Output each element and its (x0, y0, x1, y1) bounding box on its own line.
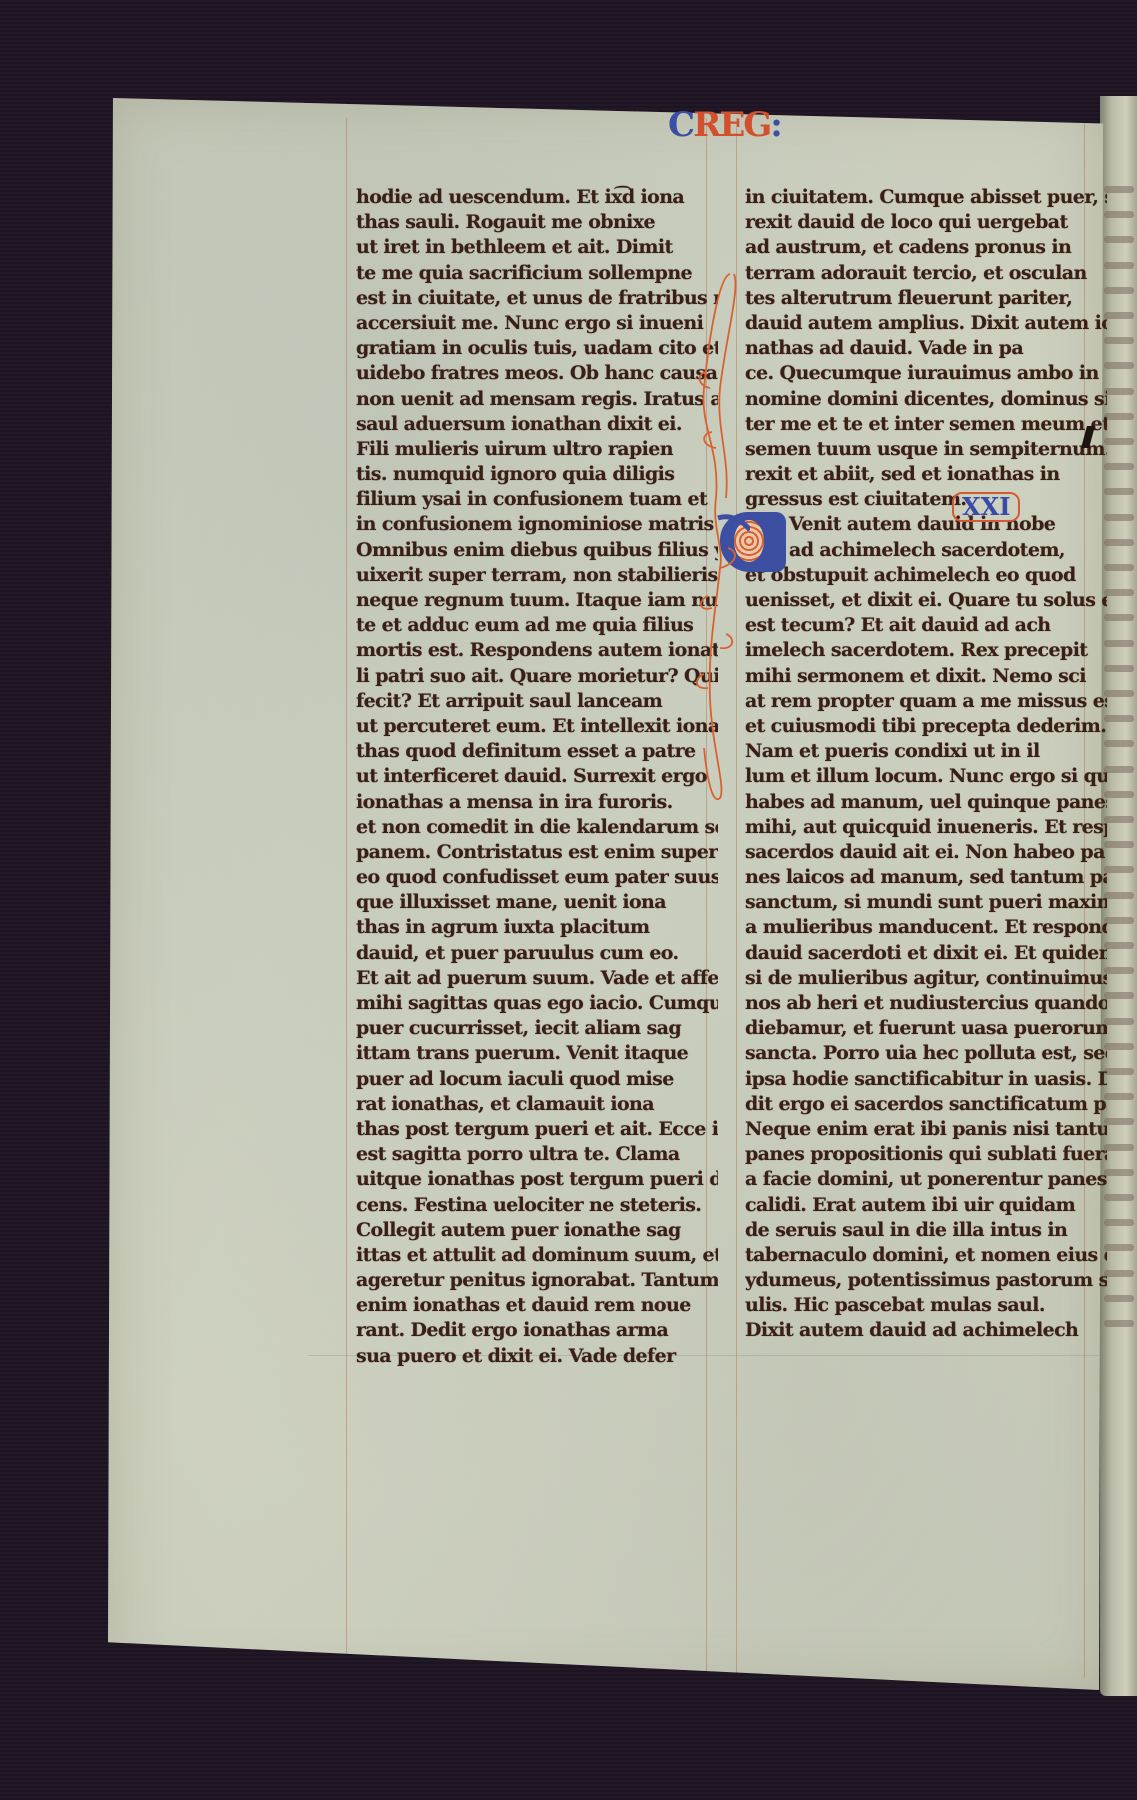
text-line: neque regnum tuum. Itaque iam nunc mit (356, 588, 718, 613)
facing-page-text-ghost (1104, 1093, 1134, 1100)
text-line: Venit autem dauid in nobe (745, 512, 1107, 537)
facing-page-text-ghost (1104, 488, 1134, 495)
text-line: uixerit super terram, non stabilieris tu (356, 563, 718, 588)
text-line: dauid sacerdoti et dixit ei. Et quidem (745, 941, 1107, 966)
facing-page-text-ghost (1104, 413, 1134, 420)
running-title-letter: G (743, 105, 770, 145)
text-line: te et adduc eum ad me quia filius (356, 613, 718, 638)
text-line: ageretur penitus ignorabat. Tantum (356, 1268, 718, 1293)
text-line: Neque enim erat ibi panis nisi tantum (745, 1117, 1107, 1142)
facing-page-text-ghost (1104, 1018, 1134, 1025)
text-line: rexit dauid de loco qui uergebat (745, 210, 1107, 235)
text-line: uidebo fratres meos. Ob hanc causam (356, 361, 718, 386)
text-line: enim ionathas et dauid rem noue (356, 1293, 718, 1318)
text-line: thas quod definitum esset a patre (356, 739, 718, 764)
text-line: hodie ad uescendum. Et ix͡d iona (356, 185, 718, 210)
facing-page-text-ghost (1104, 1244, 1134, 1251)
text-line: tis. numquid ignoro quia diligis (356, 462, 718, 487)
text-line: gressus est ciuitatem. (745, 487, 1107, 512)
facing-page-text-ghost (1104, 665, 1134, 672)
text-line: puer cucurrisset, iecit aliam sag (356, 1016, 718, 1041)
running-title: CREG: (668, 108, 781, 142)
facing-page-text-ghost (1104, 1219, 1134, 1226)
text-line: saul aduersum ionathan dixit ei. (356, 412, 718, 437)
text-line: ionathas a mensa in ira furoris. (356, 790, 718, 815)
facing-page-text-ghost (1104, 589, 1134, 596)
text-line: ce. Quecumque iurauimus ambo in (745, 361, 1107, 386)
facing-page-text-ghost (1104, 514, 1134, 521)
facing-page-text-ghost (1104, 1320, 1134, 1327)
facing-page-text-ghost (1104, 463, 1134, 470)
facing-page-text-ghost (1104, 312, 1134, 319)
running-title-letter: RE (693, 105, 743, 145)
text-line: te me quia sacrificium sollempne (356, 261, 718, 286)
text-line: ter me et te et inter semen meum et (745, 412, 1107, 437)
facing-page-text-ghost (1104, 640, 1134, 647)
facing-page-text-ghost (1104, 917, 1134, 924)
text-line: que illuxisset mane, uenit iona (356, 890, 718, 915)
text-line: a facie domini, ut ponerentur panes (745, 1167, 1107, 1192)
text-line: Fili mulieris uirum ultro rapien (356, 437, 718, 462)
text-line: dit ergo ei sacerdos sanctificatum panem… (745, 1092, 1107, 1117)
text-line: ut percuteret eum. Et intellexit iona (356, 714, 718, 739)
text-line: a mulieribus manducent. Et respondit (745, 915, 1107, 940)
facing-page-text-ghost (1104, 992, 1134, 999)
text-line: nos ab heri et nudiustercius quando egre (745, 991, 1107, 1016)
facing-page-text-ghost (1104, 816, 1134, 823)
text-line: accersiuit me. Nunc ergo si inueni (356, 311, 718, 336)
text-line: et non comedit in die kalendarum secunda (356, 815, 718, 840)
facing-page-text-ghost (1104, 614, 1134, 621)
facing-page-text-ghost (1104, 967, 1134, 974)
text-line: puer ad locum iaculi quod mise (356, 1067, 718, 1092)
text-column-left: hodie ad uescendum. Et ix͡d ionathas sau… (356, 185, 718, 1369)
facing-page-text-ghost (1104, 1169, 1134, 1176)
text-line: thas post tergum pueri et ait. Ecce ibi (356, 1117, 718, 1142)
text-line: Nam et pueris condixi ut in il (745, 739, 1107, 764)
facing-page-text-ghost (1104, 1194, 1134, 1201)
facing-page-text-ghost (1104, 539, 1134, 546)
facing-page-text-ghost (1104, 942, 1134, 949)
text-line: et obstupuit achimelech eo quod (745, 563, 1107, 588)
text-line: filium ysai in confusionem tuam et (356, 487, 718, 512)
facing-page-text-ghost (1104, 287, 1134, 294)
text-line: thas sauli. Rogauit me obnixe (356, 210, 718, 235)
text-line: mihi sermonem et dixit. Nemo sci (745, 664, 1107, 689)
text-line: rat ionathas, et clamauit iona (356, 1092, 718, 1117)
text-line: calidi. Erat autem ibi uir quidam (745, 1193, 1107, 1218)
facing-page-text-ghost (1104, 564, 1134, 571)
facing-page-text-ghost (1104, 1043, 1134, 1050)
text-line: mihi, aut quicquid inueneris. Et respond… (745, 815, 1107, 840)
text-line: tabernaculo domini, et nomen eius doech (745, 1243, 1107, 1268)
text-line: in confusionem ignominiose matris tue. (356, 512, 718, 537)
text-line: sancta. Porro uia hec polluta est, sed e… (745, 1041, 1107, 1066)
text-line: Collegit autem puer ionathe sag (356, 1218, 718, 1243)
text-line: sanctum, si mundi sunt pueri maxime (745, 890, 1107, 915)
text-line: ad austrum, et cadens pronus in (745, 235, 1107, 260)
facing-page-text-ghost (1104, 362, 1134, 369)
text-line: est sagitta porro ultra te. Clama (356, 1142, 718, 1167)
text-line: ydumeus, potentissimus pastorum sa (745, 1268, 1107, 1293)
facing-page-text-ghost (1104, 337, 1134, 344)
text-line: mortis est. Respondens autem ionathas sa… (356, 638, 718, 663)
facing-page-text-ghost (1104, 388, 1134, 395)
ruling-line (346, 118, 347, 1678)
text-line: rexit et abiit, sed et ionathas in (745, 462, 1107, 487)
text-line: diebamur, et fuerunt uasa puerorum (745, 1016, 1107, 1041)
text-line: thas in agrum iuxta placitum (356, 915, 718, 940)
facing-page-text-ghost (1104, 1144, 1134, 1151)
facing-page-text-ghost (1104, 262, 1134, 269)
text-line: est in ciuitate, et unus de fratribus me… (356, 286, 718, 311)
pen-flourish-icon (690, 268, 750, 808)
text-line: ut iret in bethleem et ait. Dimit (356, 235, 718, 260)
chapter-number: XXI (952, 492, 1020, 522)
text-line: panem. Contristatus est enim super dauid (356, 840, 718, 865)
text-line: dauid autem amplius. Dixit autem io (745, 311, 1107, 336)
facing-page-text-ghost (1104, 690, 1134, 697)
text-line: panes propositionis qui sublati fuerant (745, 1142, 1107, 1167)
facing-page-text-ghost (1104, 866, 1134, 873)
text-line: nomine domini dicentes, dominus sit in (745, 387, 1107, 412)
text-line: mihi sagittas quas ego iacio. Cumque (356, 991, 718, 1016)
text-line: si de mulieribus agitur, continuimus (745, 966, 1107, 991)
facing-page-text-ghost (1104, 236, 1134, 243)
text-line: tes alterutrum fleuerunt pariter, (745, 286, 1107, 311)
facing-page-text-ghost (1104, 1118, 1134, 1125)
facing-page-text-ghost (1104, 791, 1134, 798)
text-line: habes ad manum, uel quinque panes da (745, 790, 1107, 815)
facing-page-text-ghost (1104, 1270, 1134, 1277)
text-line: gratiam in oculis tuis, uadam cito et (356, 336, 718, 361)
text-line: fecit? Et arripuit saul lanceam (356, 689, 718, 714)
text-line: uenisset, et dixit ei. Quare tu solus et… (745, 588, 1107, 613)
text-line: ad achimelech sacerdotem, (745, 538, 1107, 563)
text-line: Et ait ad puerum suum. Vade et affer (356, 966, 718, 991)
facing-page-text-ghost (1104, 211, 1134, 218)
facing-page-text-ghost (1104, 740, 1134, 747)
text-line: nathas ad dauid. Vade in pa (745, 336, 1107, 361)
facing-page-text-ghost (1104, 715, 1134, 722)
text-line: nes laicos ad manum, sed tantum panem (745, 865, 1107, 890)
text-line: rant. Dedit ergo ionathas arma (356, 1318, 718, 1343)
text-line: dauid, et puer paruulus cum eo. (356, 941, 718, 966)
text-line: Omnibus enim diebus quibus filius ysai (356, 538, 718, 563)
text-line: in ciuitatem. Cumque abisset puer, sur (745, 185, 1107, 210)
text-line: de seruis saul in die illa intus in (745, 1218, 1107, 1243)
text-line: terram adorauit tercio, et osculan (745, 261, 1107, 286)
text-line: cens. Festina uelociter ne steteris. (356, 1193, 718, 1218)
text-line: li patri suo ait. Quare morietur? Quid (356, 664, 718, 689)
text-line: Dixit autem dauid ad achimelech (745, 1318, 1107, 1343)
text-line: at rem propter quam a me missus es, (745, 689, 1107, 714)
facing-page-text-ghost (1104, 1068, 1134, 1075)
text-line: ipsa hodie sanctificabitur in uasis. De (745, 1067, 1107, 1092)
text-line: uitque ionathas post tergum pueri di (356, 1167, 718, 1192)
text-line: lum et illum locum. Nunc ergo si quid (745, 764, 1107, 789)
text-line: ut interficeret dauid. Surrexit ergo (356, 764, 718, 789)
facing-page-text-ghost (1104, 841, 1134, 848)
text-line: ittam trans puerum. Venit itaque (356, 1041, 718, 1066)
text-line: eo quod confudisset eum pater suus. Cum (356, 865, 718, 890)
text-line: semen tuum usque in sempiternum. Et sur (745, 437, 1107, 462)
text-line: sacerdos dauid ait ei. Non habeo pa (745, 840, 1107, 865)
text-line: ulis. Hic pascebat mulas saul. (745, 1293, 1107, 1318)
text-line: et cuiusmodi tibi precepta dederim. (745, 714, 1107, 739)
text-line: sua puero et dixit ei. Vade defer (356, 1344, 718, 1369)
facing-page-text-ghost (1104, 892, 1134, 899)
facing-page-text-ghost (1104, 766, 1134, 773)
text-line: imelech sacerdotem. Rex precepit (745, 638, 1107, 663)
text-column-right: in ciuitatem. Cumque abisset puer, surre… (745, 185, 1107, 1344)
text-line: ittas et attulit ad dominum suum, et qui… (356, 1243, 718, 1268)
text-line: est tecum? Et ait dauid ad ach (745, 613, 1107, 638)
facing-page-text-ghost (1104, 1295, 1134, 1302)
text-line: non uenit ad mensam regis. Iratus autem (356, 387, 718, 412)
facing-page-text-ghost (1104, 186, 1134, 193)
running-title-letter: C (668, 105, 693, 145)
running-title-letter: : (770, 105, 781, 145)
facing-page-text-ghost (1104, 438, 1134, 445)
